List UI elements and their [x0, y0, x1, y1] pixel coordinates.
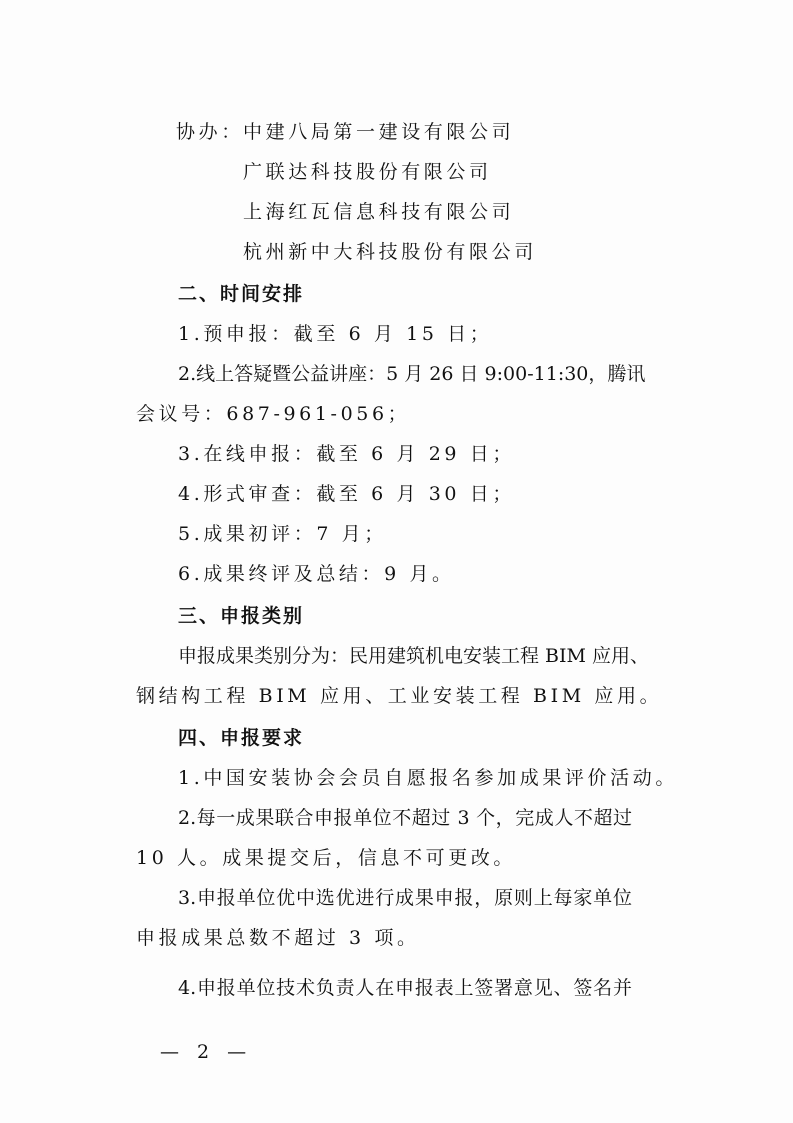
co-organizer-2: 广联达科技股份有限公司 [243, 160, 492, 184]
requirement-line-1: 1.中国安装协会会员自愿报名参加成果评价活动。 [178, 766, 678, 790]
co-organizer-1: 中建八局第一建设有限公司 [243, 120, 514, 144]
requirement-line-5: 申报成果总数不超过 3 项。 [136, 926, 420, 950]
schedule-item-2-cont: 会议号：687-961-056； [136, 402, 410, 426]
page-number: — 2 — [160, 1040, 252, 1064]
schedule-item-5: 5.成果初评：7 月； [178, 522, 387, 546]
co-organizer-4: 杭州新中大科技股份有限公司 [243, 240, 537, 264]
co-organizer-3: 上海红瓦信息科技有限公司 [243, 200, 514, 224]
schedule-item-4: 4.形式审查：截至 6 月 30 日； [178, 482, 515, 506]
requirement-line-6: 4.申报单位技术负责人在申报表上签署意见、签名并 [178, 976, 632, 1000]
schedule-item-3: 3.在线申报：截至 6 月 29 日； [178, 442, 515, 466]
schedule-item-6: 6.成果终评及总结：9 月。 [178, 562, 455, 586]
schedule-item-1: 1.预申报：截至 6 月 15 日； [178, 322, 492, 346]
requirement-line-3: 10 人。成果提交后，信息不可更改。 [136, 846, 516, 870]
schedule-item-2: 2.线上答疑暨公益讲座：5 月 26 日 9:00-11:30，腾讯 [178, 362, 632, 386]
requirement-line-4: 3.申报单位优中选优进行成果申报，原则上每家单位 [178, 886, 632, 910]
section-heading-schedule: 二、时间安排 [178, 282, 304, 306]
requirement-line-2: 2.每一成果联合申报单位不超过 3 个，完成人不超过 [178, 806, 632, 830]
section-heading-categories: 三、申报类别 [178, 604, 304, 628]
co-organizers-label: 协办： [176, 120, 244, 144]
document-page: 协办： 中建八局第一建设有限公司 广联达科技股份有限公司 上海红瓦信息科技有限公… [0, 0, 793, 1123]
categories-paragraph-line-1: 申报成果类别分为：民用建筑机电安装工程 BIM 应用、 [178, 644, 638, 668]
section-heading-requirements: 四、申报要求 [178, 726, 304, 750]
categories-paragraph-line-2: 钢结构工程 BIM 应用、工业安装工程 BIM 应用。 [136, 684, 662, 708]
